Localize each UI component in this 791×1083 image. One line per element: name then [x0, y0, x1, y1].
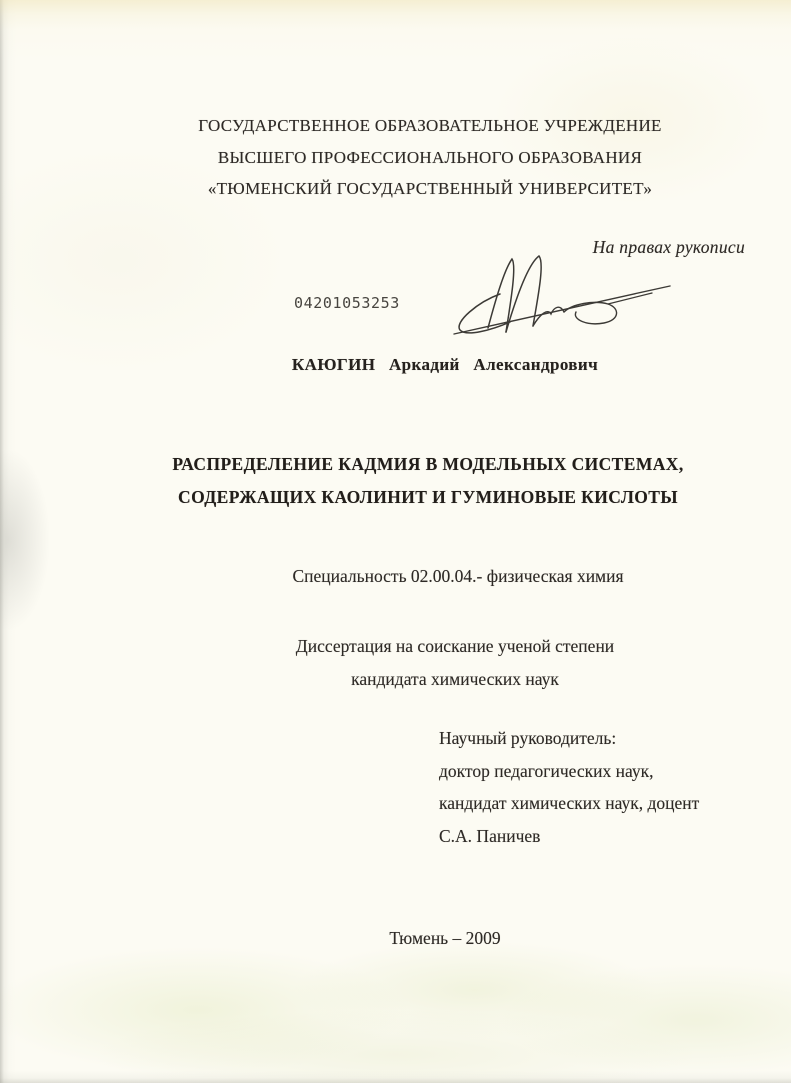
city-year: Тюмень – 2009	[130, 928, 760, 949]
title-line-2: СОДЕРЖАЩИХ КАОЛИНИТ И ГУМИНОВЫЕ КИСЛОТЫ	[113, 481, 743, 514]
dissertation-title: РАСПРЕДЕЛЕНИЕ КАДМИЯ В МОДЕЛЬНЫХ СИСТЕМА…	[113, 448, 743, 514]
institution-line-2: ВЫСШЕГО ПРОФЕССИОНАЛЬНОГО ОБРАЗОВАНИЯ	[115, 142, 745, 174]
institution-header: ГОСУДАРСТВЕННОЕ ОБРАЗОВАТЕЛЬНОЕ УЧРЕЖДЕН…	[115, 110, 745, 205]
supervisor-degree-1: доктор педагогических наук,	[439, 755, 699, 788]
specialty-line: Специальность 02.00.04.- физическая хими…	[143, 566, 773, 587]
supervisor-degree-2: кандидат химических наук, доцент	[439, 787, 699, 820]
signature-icon	[448, 250, 676, 342]
supervisor-label: Научный руководитель:	[439, 722, 699, 755]
author-name: КАЮГИН Аркадий Александрович	[130, 355, 760, 375]
institution-line-1: ГОСУДАРСТВЕННОЕ ОБРАЗОВАТЕЛЬНОЕ УЧРЕЖДЕН…	[115, 110, 745, 142]
thesis-statement: Диссертация на соискание ученой степени …	[140, 630, 770, 696]
supervisor-name: С.А. Паничев	[439, 820, 699, 853]
thesis-line-1: Диссертация на соискание ученой степени	[140, 630, 770, 663]
thesis-line-2: кандидата химических наук	[140, 663, 770, 696]
title-line-1: РАСПРЕДЕЛЕНИЕ КАДМИЯ В МОДЕЛЬНЫХ СИСТЕМА…	[113, 448, 743, 481]
scanned-page: ГОСУДАРСТВЕННОЕ ОБРАЗОВАТЕЛЬНОЕ УЧРЕЖДЕН…	[0, 0, 791, 1083]
supervisor-block: Научный руководитель: доктор педагогичес…	[439, 722, 699, 852]
registration-number: 04201053253	[294, 294, 400, 312]
institution-line-3: «ТЮМЕНСКИЙ ГОСУДАРСТВЕННЫЙ УНИВЕРСИТЕТ»	[115, 173, 745, 205]
